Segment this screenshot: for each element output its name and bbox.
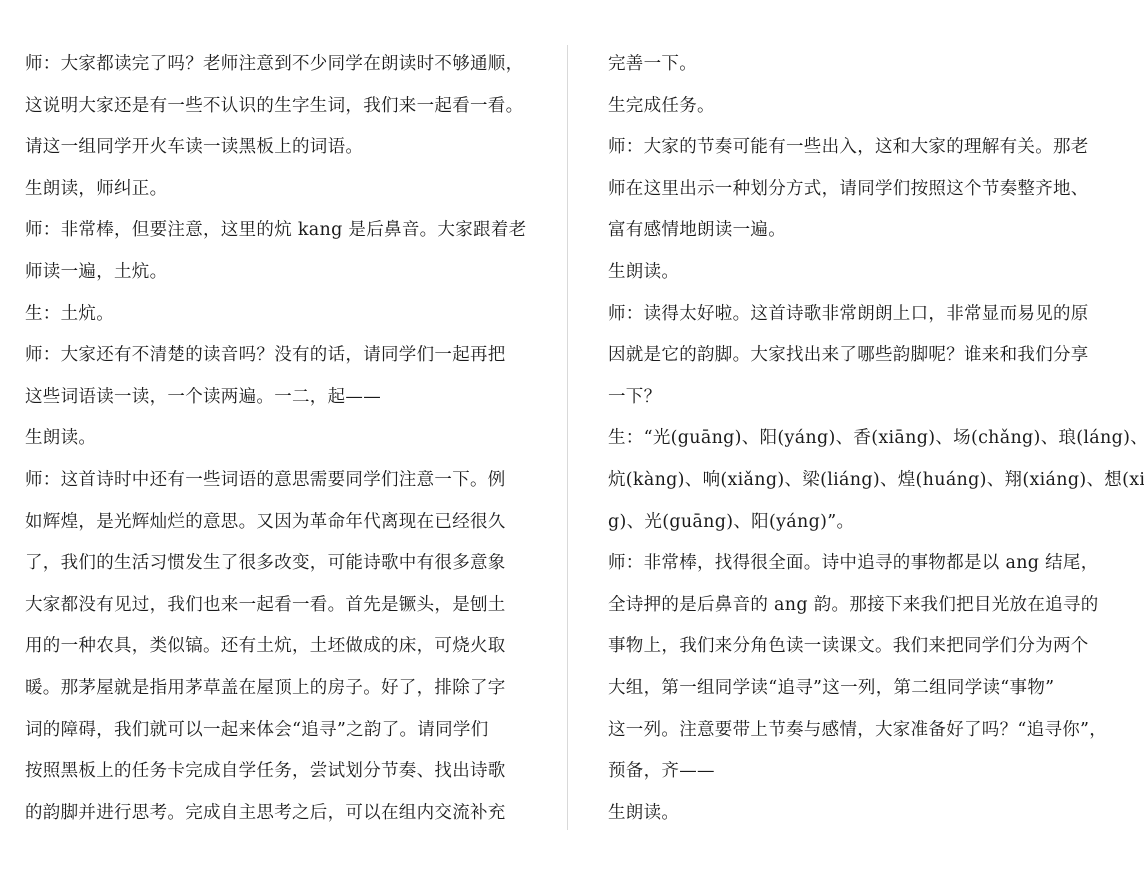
text-line: 了，我们的生活习惯发生了很多改变，可能诗歌中有很多意象 (25, 543, 545, 585)
text-line: 师：这首诗时中还有一些词语的意思需要同学们注意一下。例 (25, 460, 545, 502)
text-line: 师：大家还有不清楚的读音吗？没有的话，请同学们一起再把 (25, 335, 545, 377)
text-line: 这些词语读一读，一个读两遍。一二，起—— (25, 377, 545, 419)
text-line: 师：读得太好啦。这首诗歌非常朗朗上口，非常显而易见的原 (608, 294, 1118, 336)
right-column: 完善一下。 生完成任务。 师：大家的节奏可能有一些出入，这和大家的理解有关。那老… (608, 44, 1118, 834)
text-line: 生朗读，师纠正。 (25, 169, 545, 211)
text-line: 用的一种农具，类似镐。还有土炕，土坯做成的床，可烧火取 (25, 626, 545, 668)
text-line: 这说明大家还是有一些不认识的生字生词，我们来一起看一看。 (25, 86, 545, 128)
text-line: 事物上，我们来分角色读一读课文。我们来把同学们分为两个 (608, 626, 1118, 668)
text-line: 预备，齐—— (608, 751, 1118, 793)
text-line: 词的障碍，我们就可以一起来体会“追寻”之韵了。请同学们 (25, 710, 545, 752)
text-line: 按照黑板上的任务卡完成自学任务，尝试划分节奏、找出诗歌 (25, 751, 545, 793)
text-line: g)、光(guāng)、阳(yáng)”。 (608, 502, 1118, 544)
column-divider (567, 45, 568, 830)
text-line: 师：大家的节奏可能有一些出入，这和大家的理解有关。那老 (608, 127, 1118, 169)
text-line: 这一列。注意要带上节奏与感情，大家准备好了吗？“追寻你”， (608, 710, 1118, 752)
text-line: 师在这里出示一种划分方式，请同学们按照这个节奏整齐地、 (608, 169, 1118, 211)
text-line: 生：土炕。 (25, 294, 545, 336)
text-line: 师：大家都读完了吗？老师注意到不少同学在朗读时不够通顺， (25, 44, 545, 86)
document-page: 师：大家都读完了吗？老师注意到不少同学在朗读时不够通顺， 这说明大家还是有一些不… (0, 0, 1144, 876)
text-line: 生完成任务。 (608, 86, 1118, 128)
text-line: 请这一组同学开火车读一读黑板上的词语。 (25, 127, 545, 169)
text-line: 生朗读。 (608, 252, 1118, 294)
text-line: 暖。那茅屋就是指用茅草盖在屋顶上的房子。好了，排除了字 (25, 668, 545, 710)
text-line: 全诗押的是后鼻音的 ang 韵。那接下来我们把目光放在追寻的 (608, 585, 1118, 627)
text-line: 师读一遍，土炕。 (25, 252, 545, 294)
text-line: 一下？ (608, 377, 1118, 419)
left-column: 师：大家都读完了吗？老师注意到不少同学在朗读时不够通顺， 这说明大家还是有一些不… (25, 44, 545, 834)
text-line: 师：非常棒，但要注意，这里的炕 kang 是后鼻音。大家跟着老 (25, 210, 545, 252)
text-line: 生：“光(guāng)、阳(yáng)、香(xiāng)、场(chǎng)、琅(… (608, 418, 1118, 460)
text-line: 炕(kàng)、响(xiǎng)、梁(liáng)、煌(huáng)、翔(xiá… (608, 460, 1118, 502)
text-line: 完善一下。 (608, 44, 1118, 86)
text-line: 因就是它的韵脚。大家找出来了哪些韵脚呢？谁来和我们分享 (608, 335, 1118, 377)
text-line: 生朗读。 (608, 793, 1118, 835)
text-line: 富有感情地朗读一遍。 (608, 210, 1118, 252)
text-line: 的韵脚并进行思考。完成自主思考之后，可以在组内交流补充 (25, 793, 545, 835)
text-line: 如辉煌，是光辉灿烂的意思。又因为革命年代离现在已经很久 (25, 502, 545, 544)
text-line: 大家都没有见过，我们也来一起看一看。首先是镢头，是刨土 (25, 585, 545, 627)
text-line: 师：非常棒，找得很全面。诗中追寻的事物都是以 ang 结尾， (608, 543, 1118, 585)
text-line: 生朗读。 (25, 418, 545, 460)
text-line: 大组，第一组同学读“追寻”这一列，第二组同学读“事物” (608, 668, 1118, 710)
